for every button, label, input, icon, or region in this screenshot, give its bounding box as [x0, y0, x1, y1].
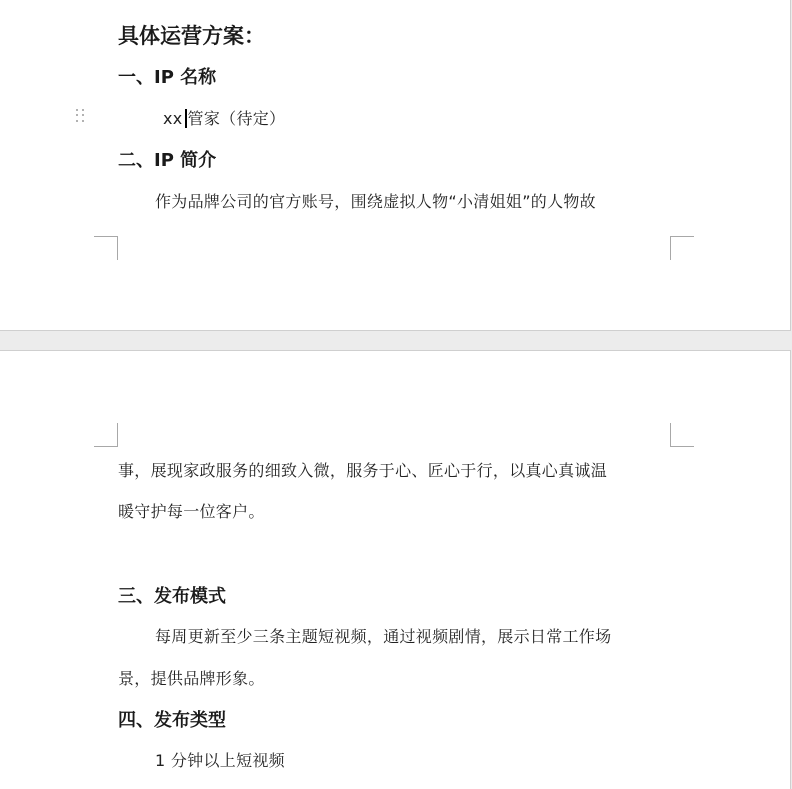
publish-type-line-1[interactable]: 1 分钟以上短视频 [155, 748, 285, 771]
ip-name-prefix: xx [163, 109, 183, 128]
ip-intro-line-3[interactable]: 暖守护每一位客户。 [118, 499, 265, 522]
ip-intro-line-1[interactable]: 作为品牌公司的官方账号，围绕虚拟人物“小清姐姐”的人物故 [155, 189, 596, 212]
margin-mark-bottom-left [94, 236, 118, 260]
ip-name-rest: 管家（待定） [188, 109, 286, 128]
section-heading-ip-intro: 二、IP 简介 [118, 146, 216, 172]
text-cursor [185, 109, 187, 128]
document-title: 具体运营方案： [118, 20, 265, 50]
section-heading-publish-type: 四、发布类型 [118, 706, 226, 732]
publish-mode-line-2[interactable]: 景，提供品牌形象。 [118, 666, 265, 689]
margin-mark-top-right [670, 423, 694, 447]
section-heading-ip-name: 一、IP 名称 [118, 63, 216, 89]
publish-mode-line-1[interactable]: 每周更新至少三条主题短视频，通过视频剧情，展示日常工作场 [155, 624, 611, 647]
document-page-2[interactable]: 事，展现家政服务的细致入微，服务于心、匠心于行，以真心真诚温 暖守护每一位客户。… [0, 350, 791, 789]
margin-mark-top-left [94, 423, 118, 447]
section-heading-publish-mode: 三、发布模式 [118, 582, 226, 608]
drag-handle-icon[interactable] [76, 109, 85, 123]
ip-name-paragraph[interactable]: xx管家（待定） [163, 106, 285, 129]
document-page-1[interactable]: 具体运营方案： 一、IP 名称 xx管家（待定） 二、IP 简介 作为品牌公司的… [0, 0, 791, 331]
margin-mark-bottom-right [670, 236, 694, 260]
ip-intro-line-2[interactable]: 事，展现家政服务的细致入微，服务于心、匠心于行，以真心真诚温 [118, 458, 607, 481]
